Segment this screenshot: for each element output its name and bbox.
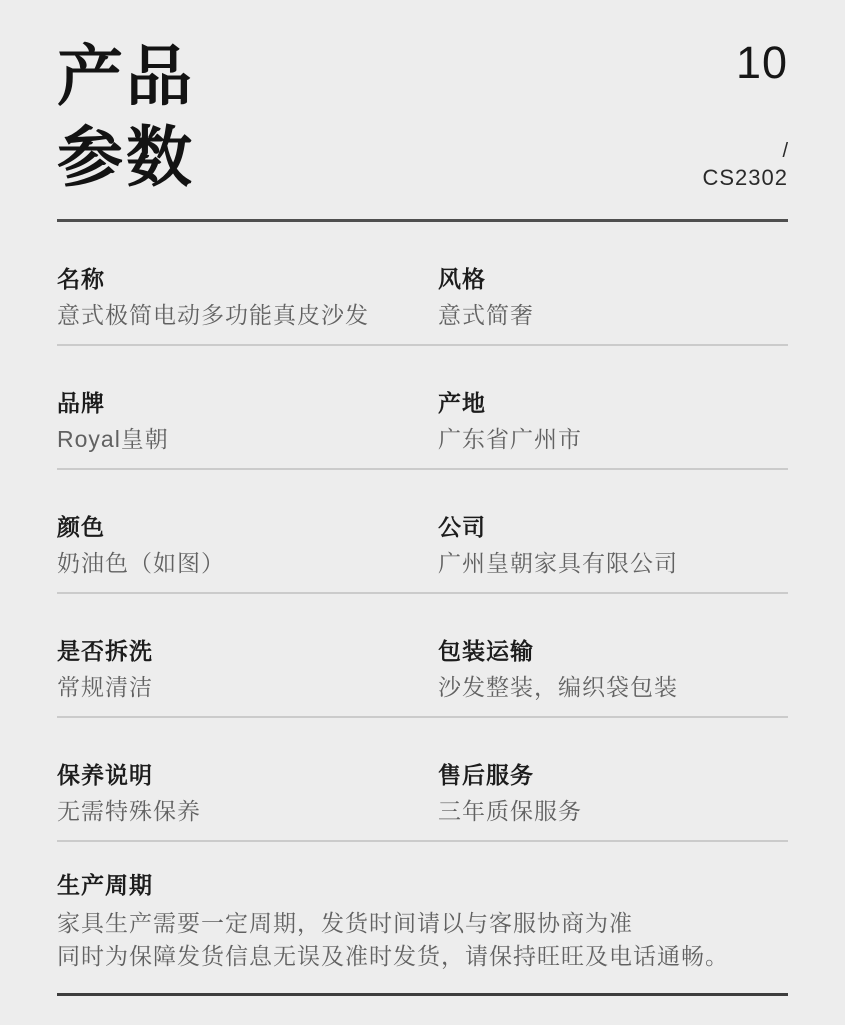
spec-label-brand: 品牌 xyxy=(57,391,438,415)
spec-cell-packaging: 包装运输 沙发整装，编织袋包装 xyxy=(438,639,788,716)
spec-value-style: 意式简奢 xyxy=(438,303,788,327)
production-cycle-label: 生产周期 xyxy=(57,873,788,897)
spec-value-washable: 常规清洁 xyxy=(57,675,438,699)
spec-cell-maintenance: 保养说明 无需特殊保养 xyxy=(57,763,438,840)
spec-value-company: 广州皇朝家具有限公司 xyxy=(438,551,788,575)
page-number: 10 xyxy=(736,38,788,88)
production-cycle-section: 生产周期 家具生产需要一定周期，发货时间请以与客服协商为准 同时为保障发货信息无… xyxy=(57,842,788,973)
spec-value-origin: 广东省广州市 xyxy=(438,427,788,451)
spec-cell-color: 颜色 奶油色（如图） xyxy=(57,515,438,592)
spec-row-color-company: 颜色 奶油色（如图） 公司 广州皇朝家具有限公司 xyxy=(57,470,788,594)
slash-separator: / xyxy=(782,140,788,162)
production-cycle-note-line1: 家具生产需要一定周期，发货时间请以与客服协商为准 xyxy=(57,907,788,940)
production-cycle-note-line2: 同时为保障发货信息无误及准时发货，请保持旺旺及电话通畅。 xyxy=(57,940,788,973)
spec-cell-company: 公司 广州皇朝家具有限公司 xyxy=(438,515,788,592)
spec-value-maintenance: 无需特殊保养 xyxy=(57,799,438,823)
spec-label-name: 名称 xyxy=(57,267,438,291)
spec-label-maintenance: 保养说明 xyxy=(57,763,438,787)
content-area: 产品 参数 10 / CS2302 名称 意式极简电动多功能真皮沙发 风格 意式… xyxy=(57,0,788,996)
spec-cell-washable: 是否拆洗 常规清洁 xyxy=(57,639,438,716)
spec-value-name: 意式极简电动多功能真皮沙发 xyxy=(57,303,438,327)
spec-label-style: 风格 xyxy=(438,267,788,291)
page-title-line1: 产品 xyxy=(57,36,195,117)
spec-value-color: 奶油色（如图） xyxy=(57,551,438,575)
spec-row-name-style: 名称 意式极简电动多功能真皮沙发 风格 意式简奢 xyxy=(57,222,788,346)
spec-label-origin: 产地 xyxy=(438,391,788,415)
spec-label-color: 颜色 xyxy=(57,515,438,539)
spec-label-washable: 是否拆洗 xyxy=(57,639,438,663)
spec-label-company: 公司 xyxy=(438,515,788,539)
spec-value-brand: Royal皇朝 xyxy=(57,427,438,451)
page-title-line2: 参数 xyxy=(57,117,195,198)
spec-label-aftersales: 售后服务 xyxy=(438,763,788,787)
spec-row-brand-origin: 品牌 Royal皇朝 产地 广东省广州市 xyxy=(57,346,788,470)
footer-divider xyxy=(57,993,788,996)
spec-row-washable-packaging: 是否拆洗 常规清洁 包装运输 沙发整装，编织袋包装 xyxy=(57,594,788,718)
spec-cell-brand: 品牌 Royal皇朝 xyxy=(57,391,438,468)
spec-cell-aftersales: 售后服务 三年质保服务 xyxy=(438,763,788,840)
header: 产品 参数 10 / CS2302 xyxy=(57,0,788,219)
spec-label-packaging: 包装运输 xyxy=(438,639,788,663)
production-cycle-note: 家具生产需要一定周期，发货时间请以与客服协商为准 同时为保障发货信息无误及准时发… xyxy=(57,907,788,973)
spec-cell-style: 风格 意式简奢 xyxy=(438,267,788,344)
spec-cell-origin: 产地 广东省广州市 xyxy=(438,391,788,468)
product-code: CS2302 xyxy=(702,166,788,190)
spec-value-aftersales: 三年质保服务 xyxy=(438,799,788,823)
product-spec-page: 产品 参数 10 / CS2302 名称 意式极简电动多功能真皮沙发 风格 意式… xyxy=(0,0,845,1025)
page-title: 产品 参数 xyxy=(57,36,195,198)
spec-value-packaging: 沙发整装，编织袋包装 xyxy=(438,675,788,699)
page-indicator: 10 / CS2302 xyxy=(702,36,788,190)
spec-cell-name: 名称 意式极简电动多功能真皮沙发 xyxy=(57,267,438,344)
spec-row-maintenance-aftersales: 保养说明 无需特殊保养 售后服务 三年质保服务 xyxy=(57,718,788,842)
